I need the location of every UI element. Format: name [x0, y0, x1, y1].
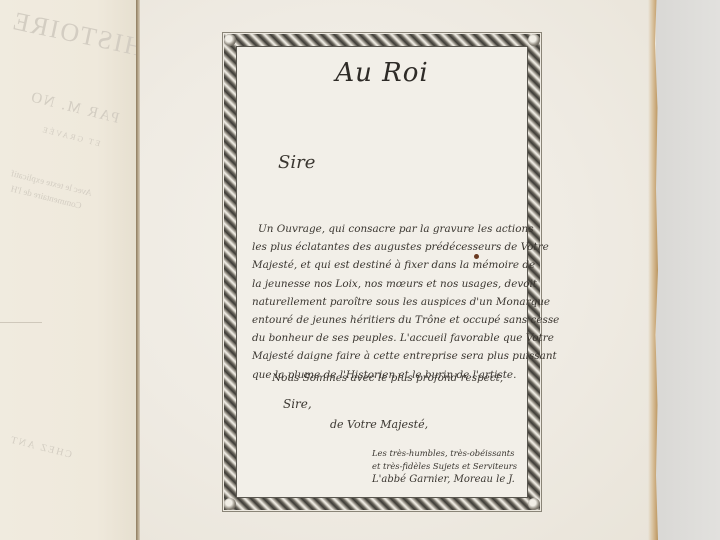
body-line: Majesté, et qui est destiné à fixer dans…: [252, 256, 524, 274]
bleed-through-rule: [0, 322, 42, 323]
left-page: L'HISTOIRE PAR M. NO ET GRAVÉE Avec le t…: [0, 0, 138, 540]
signature-line: et très-fidèles Sujets et Serviteurs: [372, 461, 517, 471]
signature-names: L'abbé Garnier, Moreau le J.: [372, 474, 515, 485]
corner-rosette-icon: [224, 34, 236, 46]
corner-rosette-icon: [224, 498, 236, 510]
body-line: la jeunesse nos Loix, nos mœurs et nos u…: [252, 275, 524, 293]
bleed-through-author: PAR M. NO: [27, 89, 120, 128]
body-line: Un Ouvrage, qui consacre par la gravure …: [252, 220, 524, 238]
body-line: naturellement paroître sous les auspices…: [252, 293, 524, 311]
ink-spot: [474, 254, 479, 259]
closing-line: Nous Sommes avec le plus profond respect…: [272, 372, 503, 384]
body-line: du bonheur de ses peuples. L'accueil fav…: [252, 329, 524, 347]
corner-rosette-icon: [528, 34, 540, 46]
closing-salutation: Sire,: [283, 397, 312, 411]
bleed-through-line: ET GRAVÉE: [40, 125, 101, 149]
signature-line: Les très-humbles, très-obéissants: [372, 448, 514, 458]
salutation: Sire: [278, 152, 315, 173]
body-line: les plus éclatantes des augustes prédéce…: [252, 238, 524, 256]
bleed-through-imprint: CHEZ ANT: [8, 434, 73, 460]
bleed-through-title: L'HISTOIRE: [9, 6, 138, 68]
dedication-title: Au Roi: [236, 58, 528, 88]
corner-rosette-icon: [528, 498, 540, 510]
body-line: entouré de jeunes héritiers du Trône et …: [252, 311, 524, 329]
background-surface: [655, 0, 720, 540]
body-line: Majesté daigne faire à cette entreprise …: [252, 347, 524, 365]
dedication-body: Un Ouvrage, qui consacre par la gravure …: [252, 220, 524, 384]
closing-address: de Votre Majesté,: [330, 418, 428, 431]
